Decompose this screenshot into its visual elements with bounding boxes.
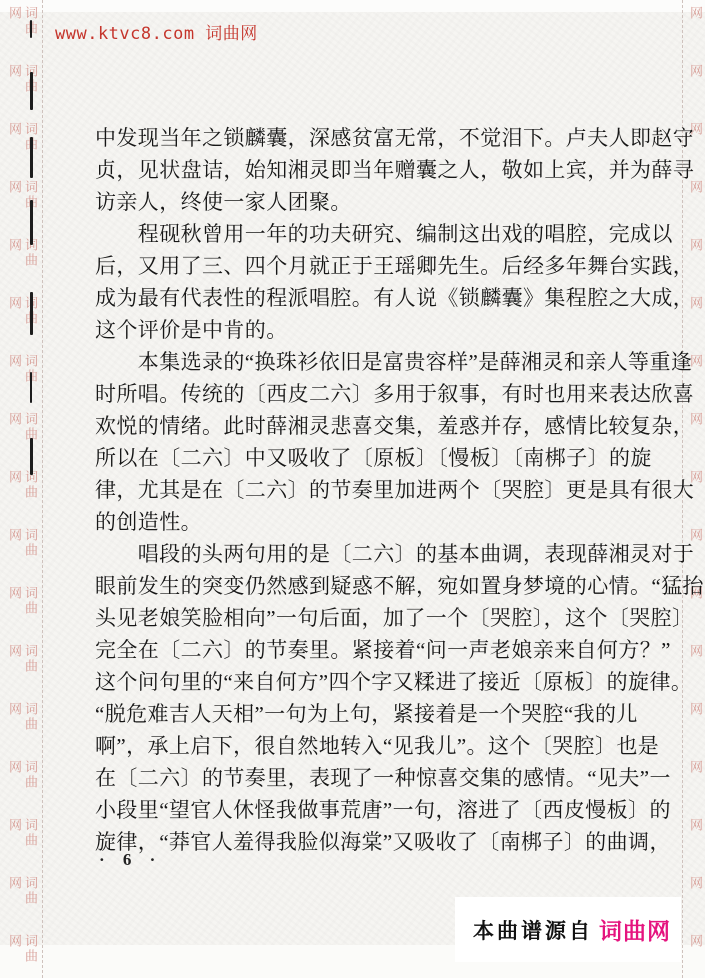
side-watermark: 词曲网 bbox=[687, 818, 705, 862]
text-line: 头见老娘笑脸相向”一句后面，加了一个〔哭腔〕，这个〔哭腔〕 bbox=[95, 602, 660, 634]
side-watermark: 词曲网 bbox=[6, 412, 38, 456]
side-watermark: 词曲网 bbox=[6, 470, 38, 514]
side-watermark: 词曲网 bbox=[6, 6, 38, 50]
text-line: 中发现当年之锁麟囊，深感贫富无常，不觉泪下。卢夫人即赵守 bbox=[95, 122, 660, 154]
text-line: 时所唱。传统的〔西皮二六〕多用于叙事，有时也用来表达欣喜 bbox=[95, 378, 660, 410]
side-watermark: 词曲网 bbox=[6, 702, 38, 746]
text-line: 贞，见状盘诘，始知湘灵即当年赠囊之人，敬如上宾，并为薛寻 bbox=[95, 154, 660, 186]
page-top-edge bbox=[0, 0, 705, 12]
side-watermark: 词曲网 bbox=[6, 354, 38, 398]
side-watermark: 词曲网 bbox=[6, 644, 38, 688]
text-line: 所以在〔二六〕中又吸收了〔原板〕〔慢板〕〔南梆子〕的旋 bbox=[95, 442, 660, 474]
text-line: 完全在〔二六〕的节奏里。紧接着“问一声老娘亲来自何方？” bbox=[95, 634, 660, 666]
side-watermark: 词曲网 bbox=[687, 702, 705, 746]
text-line: 的创造性。 bbox=[95, 506, 660, 538]
footer-source-box: 本曲谱源自 词曲网 bbox=[455, 897, 681, 962]
text-line: 访亲人，终使一家人团聚。 bbox=[95, 186, 660, 218]
text-line: 本集选录的“换珠衫依旧是富贵容样”是薛湘灵和亲人等重逢 bbox=[95, 346, 660, 378]
text-line: 程砚秋曾用一年的功夫研究、编制这出戏的唱腔，完成以 bbox=[95, 218, 660, 250]
text-line: 后，又用了三、四个月就正于王瑶卿先生。后经多年舞台实践， bbox=[95, 250, 660, 282]
left-margin-dashed-rule bbox=[42, 0, 43, 978]
side-watermark: 词曲网 bbox=[6, 818, 38, 862]
binding-mark bbox=[30, 72, 33, 110]
binding-mark bbox=[30, 292, 33, 335]
body-text: 中发现当年之锁麟囊，深感贫富无常，不觉泪下。卢夫人即赵守贞，见状盘诘，始知湘灵即… bbox=[95, 122, 660, 858]
side-watermark: 词曲网 bbox=[6, 528, 38, 572]
footer-site-name: 词曲网 bbox=[599, 913, 671, 946]
text-line: 啊”，承上启下，很自然地转入“见我儿”。这个〔哭腔〕也是 bbox=[95, 730, 660, 762]
text-line: 唱段的头两句用的是〔二六〕的基本曲调，表现薛湘灵对于 bbox=[95, 538, 660, 570]
side-watermark: 词曲网 bbox=[6, 934, 38, 978]
side-watermark: 词曲网 bbox=[6, 122, 38, 166]
text-line: 旋律，“莽官人羞得我脸似海棠”又吸收了〔南梆子〕的曲调， bbox=[95, 826, 660, 858]
side-watermark: 词曲网 bbox=[6, 64, 38, 108]
text-line: 欢悦的情绪。此时薛湘灵悲喜交集，羞惑并存，感情比较复杂， bbox=[95, 410, 660, 442]
side-watermark: 词曲网 bbox=[6, 760, 38, 804]
binding-mark bbox=[30, 372, 32, 403]
page-number: · 6 · bbox=[99, 850, 162, 870]
side-watermark: 词曲网 bbox=[687, 876, 705, 920]
text-line: 在〔二六〕的节奏里，表现了一种惊喜交集的感情。“见夫”一 bbox=[95, 762, 660, 794]
side-watermark: 词曲网 bbox=[6, 586, 38, 630]
side-watermark: 词曲网 bbox=[6, 876, 38, 920]
binding-mark bbox=[30, 20, 32, 38]
side-watermark: 词曲网 bbox=[687, 760, 705, 804]
text-line: 小段里“望官人休怪我做事荒唐”一句，溶进了〔西皮慢板〕的 bbox=[95, 794, 660, 826]
site-watermark-text: www.ktvc8.com 词曲网 bbox=[55, 19, 258, 44]
footer-source-label: 本曲谱源自 bbox=[473, 915, 593, 945]
side-watermark: 词曲网 bbox=[6, 238, 38, 282]
text-line: 律，尤其是在〔二六〕的节奏里加进两个〔哭腔〕更是具有很大 bbox=[95, 474, 660, 506]
text-line: 成为最有代表性的程派唱腔。有人说《锁麟囊》集程腔之大成， bbox=[95, 282, 660, 314]
binding-mark bbox=[30, 137, 33, 178]
binding-mark bbox=[30, 438, 33, 475]
text-line: 这个问句里的“来自何方”四个字又糅进了接近〔原板〕的旋律。 bbox=[95, 666, 660, 698]
side-watermark: 词曲网 bbox=[687, 6, 705, 50]
text-line: “脱危难吉人天相”一句为上句，紧接着是一个哭腔“我的儿 bbox=[95, 698, 660, 730]
side-watermark: 词曲网 bbox=[687, 64, 705, 108]
text-line: 眼前发生的突变仍然感到疑惑不解，宛如置身梦境的心情。“猛抬 bbox=[95, 570, 660, 602]
side-watermark: 词曲网 bbox=[687, 934, 705, 978]
text-line: 这个评价是中肯的。 bbox=[95, 314, 660, 346]
side-watermark: 词曲网 bbox=[687, 180, 705, 224]
binding-mark bbox=[30, 200, 33, 245]
side-watermark: 词曲网 bbox=[6, 180, 38, 224]
left-watermark-column: 词曲网词曲网词曲网词曲网词曲网词曲网词曲网词曲网词曲网词曲网词曲网词曲网词曲网词… bbox=[6, 6, 38, 978]
side-watermark: 词曲网 bbox=[6, 296, 38, 340]
